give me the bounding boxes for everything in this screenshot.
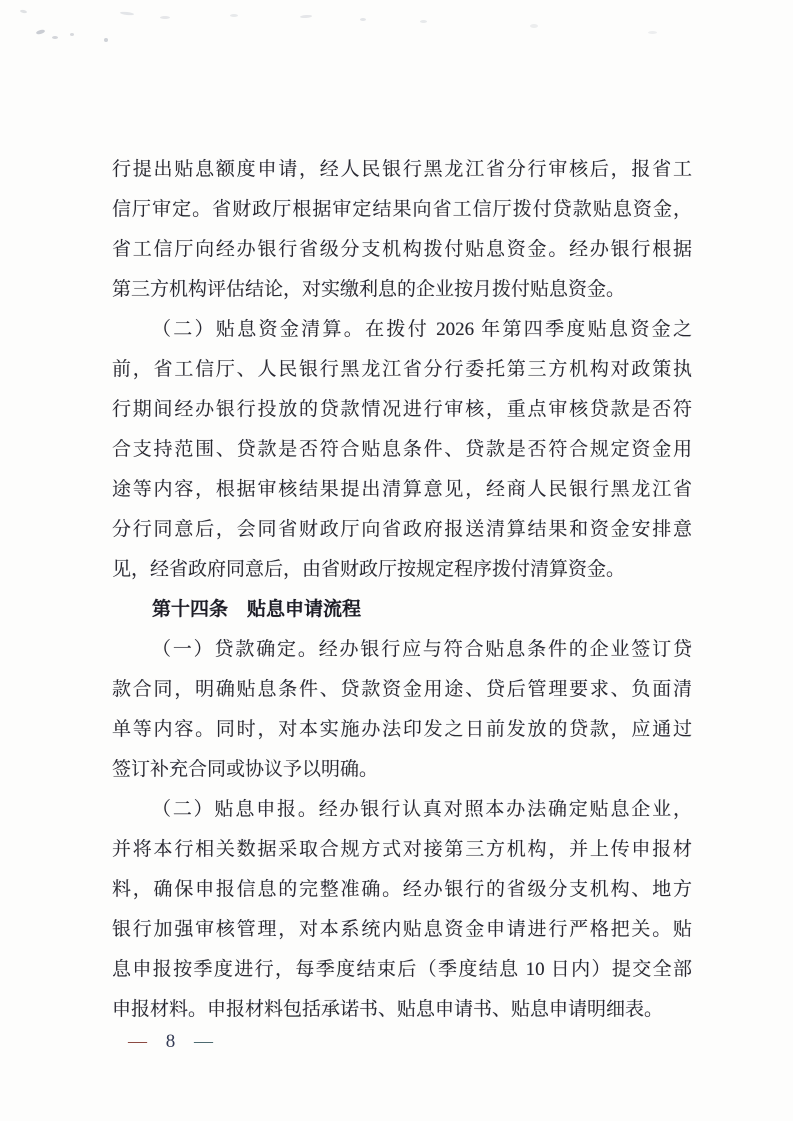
text-line: 行期间经办银行投放的贷款情况进行审核，重点审核贷款是否符	[112, 390, 692, 430]
noise-speck	[360, 18, 366, 21]
noise-speck	[530, 24, 538, 28]
text-line: 省工信厅向经办银行省级分支机构拨付贴息资金。经办银行根据	[112, 230, 692, 270]
noise-speck	[20, 9, 27, 13]
text-line: 分行同意后，会同省财政厅向省政府报送清算结果和资金安排意	[112, 510, 692, 550]
text-line: 款合同，明确贴息条件、贷款资金用途、贷后管理要求、负面清	[112, 670, 692, 710]
noise-speck	[36, 29, 46, 35]
noise-speck	[120, 11, 134, 15]
text-line: 行提出贴息额度申请，经人民银行黑龙江省分行审核后，报省工	[112, 150, 692, 190]
text-line: 合支持范围、贷款是否符合贴息条件、贷款是否符合规定资金用	[112, 430, 692, 470]
text-line: 银行加强审核管理，对本系统内贴息资金申请进行严格把关。贴	[112, 910, 692, 950]
paragraph: （二）贴息申报。经办银行认真对照本办法确定贴息企业，并将本行相关数据采取合规方式…	[112, 790, 692, 1030]
noise-speck	[70, 33, 74, 36]
text-line: 单等内容。同时，对本实施办法印发之日前发放的贷款，应通过	[112, 710, 692, 750]
text-line: （二）贴息资金清算。在拨付 2026 年第四季度贴息资金之	[112, 310, 692, 350]
footer-dash-left: —	[128, 1031, 149, 1052]
page-number: 8	[156, 1031, 188, 1052]
document-page: 行提出贴息额度申请，经人民银行黑龙江省分行审核后，报省工信厅审定。省财政厅根据审…	[0, 0, 793, 1121]
document-body: 行提出贴息额度申请，经人民银行黑龙江省分行审核后，报省工信厅审定。省财政厅根据审…	[112, 150, 692, 1030]
text-line: 第三方机构评估结论，对实缴利息的企业按月拨付贴息资金。	[112, 270, 692, 310]
text-line: 前，省工信厅、人民银行黑龙江省分行委托第三方机构对政策执	[112, 350, 692, 390]
scan-noise	[0, 0, 793, 70]
text-line: 料，确保申报信息的完整准确。经办银行的省级分支机构、地方	[112, 870, 692, 910]
text-line: 并将本行相关数据采取合规方式对接第三方机构，并上传申报材	[112, 830, 692, 870]
text-line: 途等内容，根据审核结果提出清算意见，经商人民银行黑龙江省	[112, 470, 692, 510]
noise-speck	[648, 31, 657, 34]
text-line: 第十四条 贴息申请流程	[112, 590, 692, 630]
footer-dash-right: —	[194, 1031, 215, 1052]
text-line: 申报材料。申报材料包括承诺书、贴息申请书、贴息申请明细表。	[112, 990, 692, 1030]
noise-speck	[300, 15, 312, 19]
text-line: 见，经省政府同意后，由省财政厅按规定程序拨付清算资金。	[112, 550, 692, 590]
text-line: （二）贴息申报。经办银行认真对照本办法确定贴息企业，	[112, 790, 692, 830]
text-line: 信厅审定。省财政厅根据审定结果向省工信厅拨付贷款贴息资金，	[112, 190, 692, 230]
noise-speck	[104, 38, 108, 42]
noise-speck	[160, 16, 170, 19]
text-line: 签订补充合同或协议予以明确。	[112, 750, 692, 790]
text-line: 息申报按季度进行，每季度结束后（季度结息 10 日内）提交全部	[112, 950, 692, 990]
text-line: （一）贷款确定。经办银行应与符合贴息条件的企业签订贷	[112, 630, 692, 670]
paragraph: 行提出贴息额度申请，经人民银行黑龙江省分行审核后，报省工信厅审定。省财政厅根据审…	[112, 150, 692, 310]
noise-speck	[420, 20, 427, 23]
noise-speck	[52, 36, 58, 39]
page-footer: — 8 —	[128, 1030, 215, 1054]
noise-speck	[230, 14, 238, 17]
paragraph: （二）贴息资金清算。在拨付 2026 年第四季度贴息资金之前，省工信厅、人民银行…	[112, 310, 692, 590]
paragraph: （一）贷款确定。经办银行应与符合贴息条件的企业签订贷款合同，明确贴息条件、贷款资…	[112, 630, 692, 790]
section-heading: 第十四条 贴息申请流程	[112, 590, 692, 630]
